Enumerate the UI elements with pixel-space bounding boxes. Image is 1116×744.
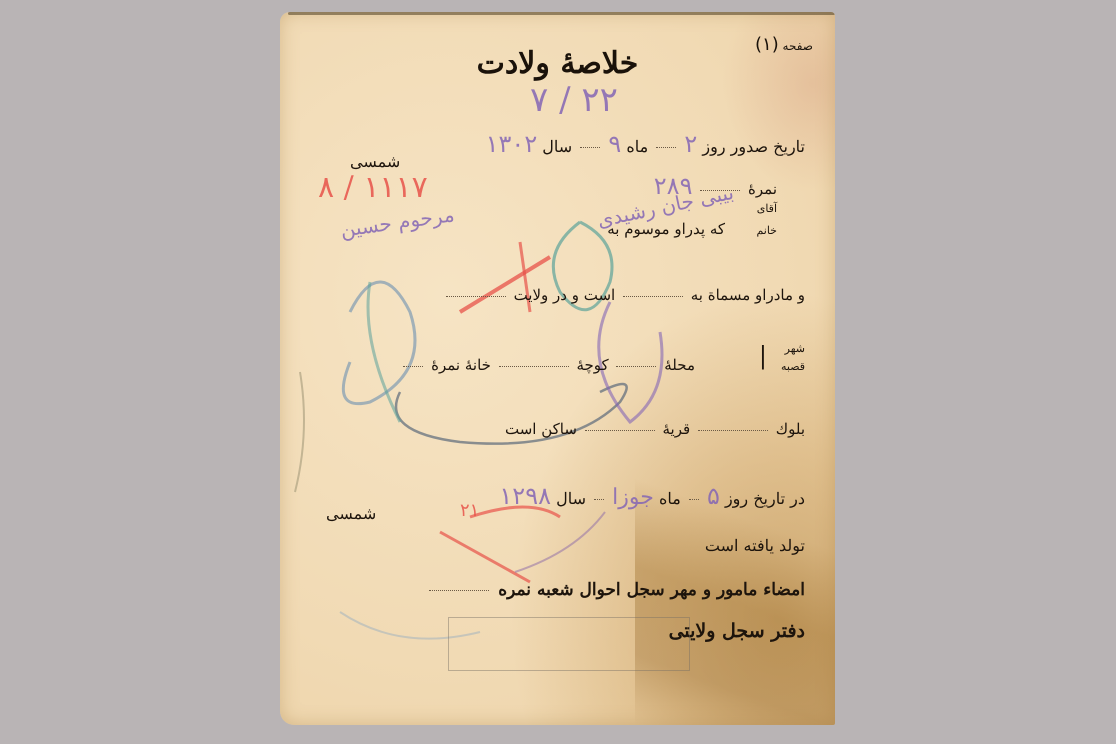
birth-solar-label: شمسی <box>326 504 376 523</box>
document-title: خلاصهٔ ولادت <box>280 46 835 81</box>
issue-date-line: تاریخ صدور روز ۲ ماه ۹ سال ۱۳۰۲ <box>486 130 805 158</box>
mrs-label: خانم <box>756 224 777 237</box>
bracket: | <box>759 342 767 370</box>
handwritten-red-number: ۱۱۱۷ / ۸ <box>318 170 428 205</box>
signature-line: امضاء مامور و مهر سجل احوال شعبه نمره <box>426 580 805 600</box>
address-line: محلهٔ کوچهٔ خانهٔ نمرهٔ <box>400 356 695 374</box>
issue-solar-label: شمسی <box>350 152 400 171</box>
page-number: صفحه (۱) <box>755 34 813 55</box>
birth-certificate-document: خلاصهٔ ولادت صفحه (۱) ۲۲ / ۷ تاریخ صدور … <box>280 12 835 725</box>
paper-top-edge <box>288 12 835 15</box>
city-label: شهر <box>785 342 805 355</box>
father-label: که پدراو موسوم به <box>607 220 725 238</box>
handwritten-red-small: ۲۱ <box>460 500 479 521</box>
born-label: تولد یافته است <box>705 536 805 555</box>
birth-date-line: در تاریخ روز ۵ ماه جوزا سال ۱۲۹۸ <box>499 482 805 510</box>
district-line: بلوك قریهٔ ساکن است <box>505 420 805 438</box>
handwritten-top-note: ۲۲ / ۷ <box>530 80 618 120</box>
mr-label: آقای <box>757 202 777 215</box>
town-label: قصبه <box>781 360 805 373</box>
faded-stamp <box>448 617 690 671</box>
handwritten-father-name: مرحوم حسین <box>339 202 456 242</box>
mother-line: و مادراو مسماة به است و در ولایت <box>443 286 805 304</box>
